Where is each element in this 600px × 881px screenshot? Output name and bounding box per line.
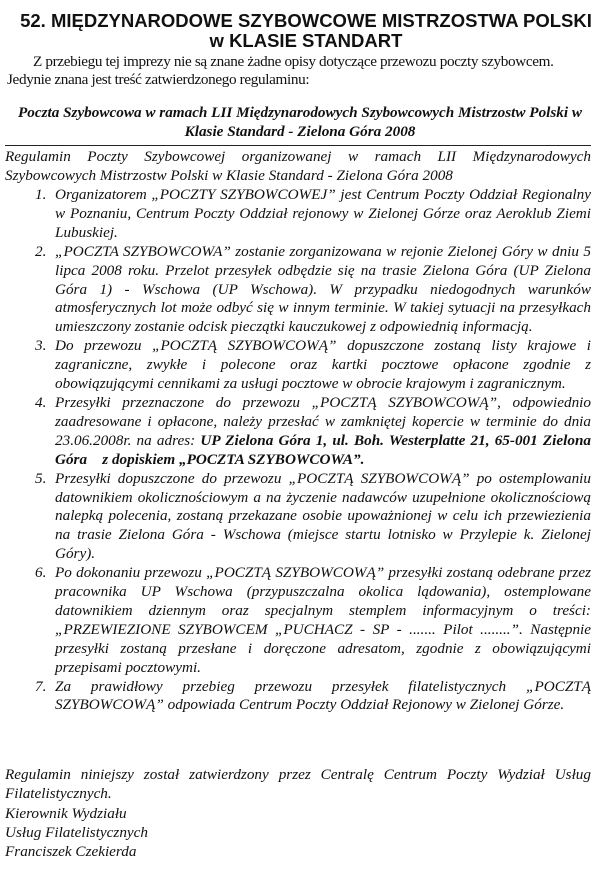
- list-item-number: 4.: [35, 394, 46, 413]
- list-item: 3. Do przewozu „POCZTĄ SZYBOWCOWĄ” dopus…: [0, 337, 591, 394]
- list-item-number: 5.: [35, 470, 46, 489]
- list-item: 6. Po dokonaniu przewozu „POCZTĄ SZYBOWC…: [0, 564, 591, 677]
- list-item: 1. Organizatorem „POCZTY SZYBOWCOWEJ” je…: [0, 186, 591, 243]
- list-item-number: 1.: [35, 186, 46, 205]
- regulations-preamble: Regulamin Poczty Szybowcowej organizowan…: [5, 148, 591, 186]
- signature-line-name: Franciszek Czekierda: [5, 842, 148, 861]
- signature-line-department: Usług Filatelistycznych: [5, 823, 148, 842]
- regulations-list: 1. Organizatorem „POCZTY SZYBOWCOWEJ” je…: [0, 186, 591, 715]
- list-item-number: 2.: [35, 243, 46, 262]
- list-item: 7. Za prawidłowy przebieg przewozu przes…: [0, 678, 591, 716]
- list-item-text: Do przewozu „POCZTĄ SZYBOWCOWĄ” dopuszcz…: [55, 337, 591, 394]
- list-item-number: 6.: [35, 564, 46, 583]
- approval-statement: Regulamin niniejszy został zatwierdzony …: [5, 766, 591, 804]
- section-heading-line-2: Klasie Standard - Zielona Góra 2008: [4, 122, 596, 141]
- list-item-text: Organizatorem „POCZTY SZYBOWCOWEJ” jest …: [55, 186, 591, 243]
- intro-paragraph: Z przebiegu tej imprezy nie są znane żad…: [7, 53, 593, 89]
- list-item-text: Przesyłki dopuszczone do przewozu „POCZT…: [55, 470, 591, 565]
- list-item: 2. „POCZTA SZYBOWCOWA” zostanie zorganiz…: [0, 243, 591, 338]
- list-item-text: Po dokonaniu przewozu „POCZTĄ SZYBOWCOWĄ…: [55, 564, 591, 677]
- list-item: 5. Przesyłki dopuszczone do przewozu „PO…: [0, 470, 591, 565]
- list-item-number: 3.: [35, 337, 46, 356]
- document-page: 52. MIĘDZYNARODOWE SZYBOWCOWE MISTRZOSTW…: [0, 0, 600, 881]
- list-item-text: „POCZTA SZYBOWCOWA” zostanie zorganizowa…: [55, 243, 591, 338]
- section-heading: Poczta Szybowcowa w ramach LII Międzynar…: [4, 103, 596, 141]
- page-title: 52. MIĘDZYNARODOWE SZYBOWCOWE MISTRZOSTW…: [0, 11, 600, 51]
- horizontal-divider: [5, 145, 591, 146]
- title-line-2: w KLASIE STANDART: [0, 31, 600, 51]
- list-item: 4. Przesyłki przeznaczone do przewozu „P…: [0, 394, 591, 470]
- title-line-1: 52. MIĘDZYNARODOWE SZYBOWCOWE MISTRZOSTW…: [0, 11, 600, 31]
- intro-line-2: Jedynie znana jest treść zatwierdzonego …: [7, 71, 593, 89]
- intro-line-1: Z przebiegu tej imprezy nie są znane żad…: [7, 53, 593, 71]
- signature-line-title: Kierownik Wydziału: [5, 804, 148, 823]
- list-item-text: Za prawidłowy przebieg przewozu przesyłe…: [55, 678, 591, 716]
- list-item-number: 7.: [35, 678, 46, 697]
- list-item-text-with-address: Przesyłki przeznaczone do przewozu „POCZ…: [55, 394, 591, 470]
- signature-block: Kierownik Wydziału Usług Filatelistyczny…: [5, 804, 148, 861]
- section-heading-line-1: Poczta Szybowcowa w ramach LII Międzynar…: [4, 103, 596, 122]
